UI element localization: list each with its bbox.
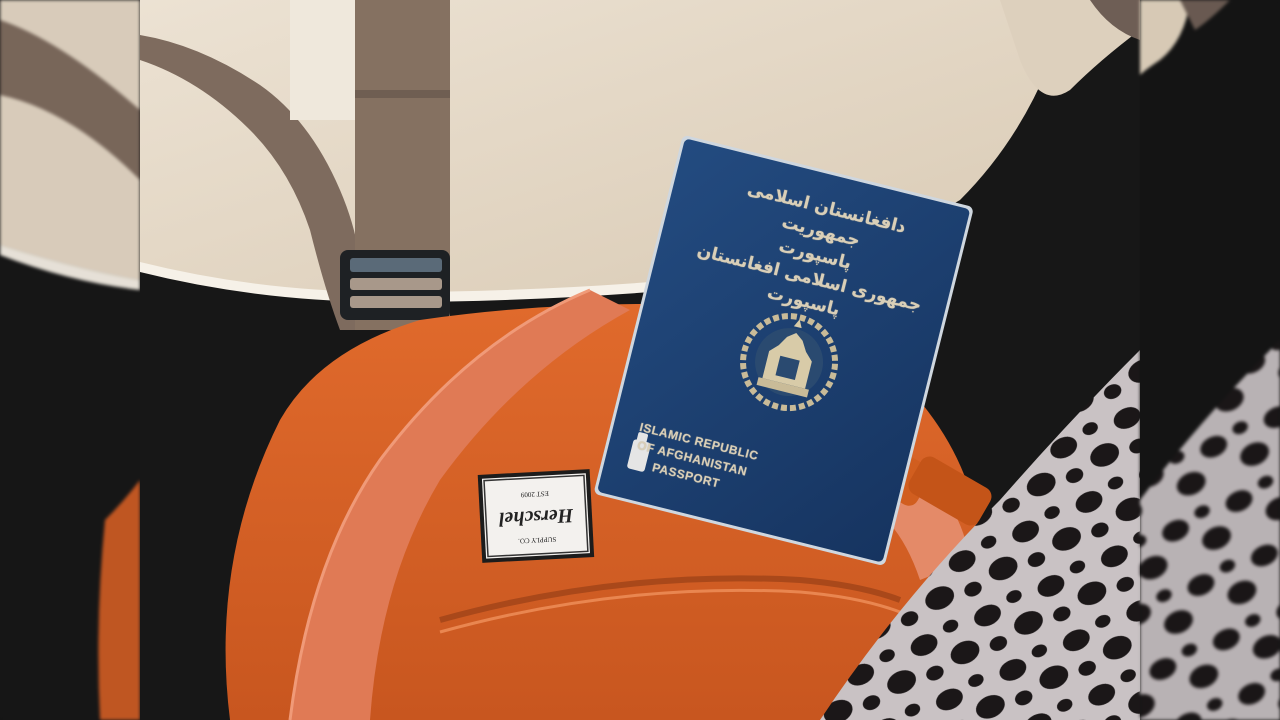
photo: دافغانستان اسلامی جمهوریت پاسپورت جمهوری… xyxy=(0,0,1280,720)
label-subtext-bottom: EST 2009 xyxy=(483,487,587,500)
afghanistan-emblem-icon xyxy=(686,318,786,418)
label-subtext-top: SUPPLY CO. xyxy=(485,533,589,546)
label-brand: Herschel xyxy=(483,502,588,530)
main-photo: دافغانستان اسلامی جمهوریت پاسپورت جمهوری… xyxy=(140,0,1140,720)
blurred-right-panel xyxy=(1140,0,1280,720)
biometric-chip-icon xyxy=(606,445,630,485)
blurred-left-panel xyxy=(0,0,140,720)
bag-label: SUPPLY CO. Herschel EST 2009 xyxy=(482,473,590,558)
